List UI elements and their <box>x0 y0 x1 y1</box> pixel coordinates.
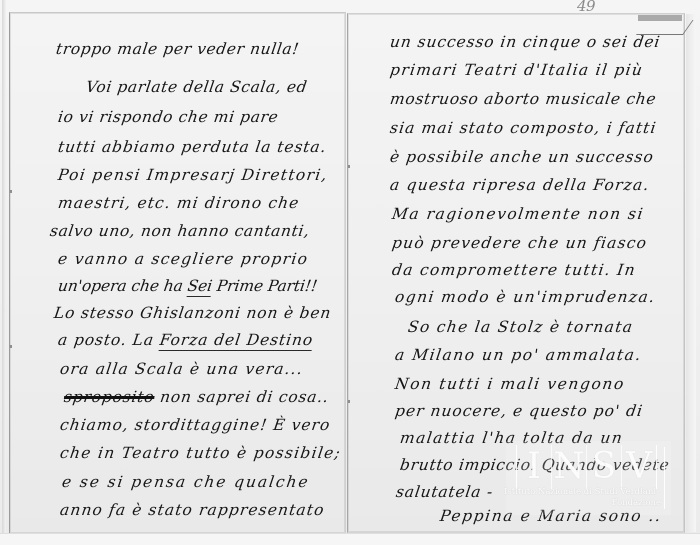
watermark-institution: Istituto Nazionale di Studi Verdiani <box>504 487 656 497</box>
scanned-letter: 49 troppo male per veder nulla! Voi parl… <box>0 0 700 545</box>
watermark-logo: I N S V <box>516 445 657 489</box>
handwritten-line: a Milano un po' ammalata. <box>394 348 643 364</box>
handwritten-line: So che la Stolz è tornata <box>407 320 634 336</box>
handwritten-line: a questa ripresa della Forza. <box>389 178 651 194</box>
handwritten-line: un successo in cinque o sei dei <box>389 35 661 51</box>
handwritten-line: può prevedere che un fiasco <box>391 236 648 252</box>
handwritten-line: da compromettere tutti. In <box>391 263 637 279</box>
handwritten-line: mostruoso aborto musicale che <box>389 92 657 108</box>
watermark-letter: S <box>587 445 622 489</box>
handwritten-line: sia mai stato composto, i fatti <box>389 121 658 137</box>
watermark-divider <box>664 447 665 509</box>
insv-watermark: I N S V Istituto Nazionale di Studi Verd… <box>516 445 661 513</box>
handwritten-line: Ma ragionevolmente non si <box>391 207 645 223</box>
handwritten-line: Non tutti i mali vengono <box>394 377 626 393</box>
watermark-subtitle: Fondazione <box>612 498 661 508</box>
handwritten-line: è possibile anche un successo <box>389 150 655 166</box>
watermark-letter: V <box>622 445 656 489</box>
handwritten-line: ogni modo è un'imprudenza. <box>394 290 657 306</box>
handwritten-line: per nuocere, e questo po' di <box>394 404 644 420</box>
handwritten-line: salutatela - <box>395 485 494 501</box>
handwritten-line: primari Teatri d'Italia il più <box>389 63 644 79</box>
watermark-letter: N <box>552 445 587 489</box>
watermark-letter: I <box>517 445 552 489</box>
